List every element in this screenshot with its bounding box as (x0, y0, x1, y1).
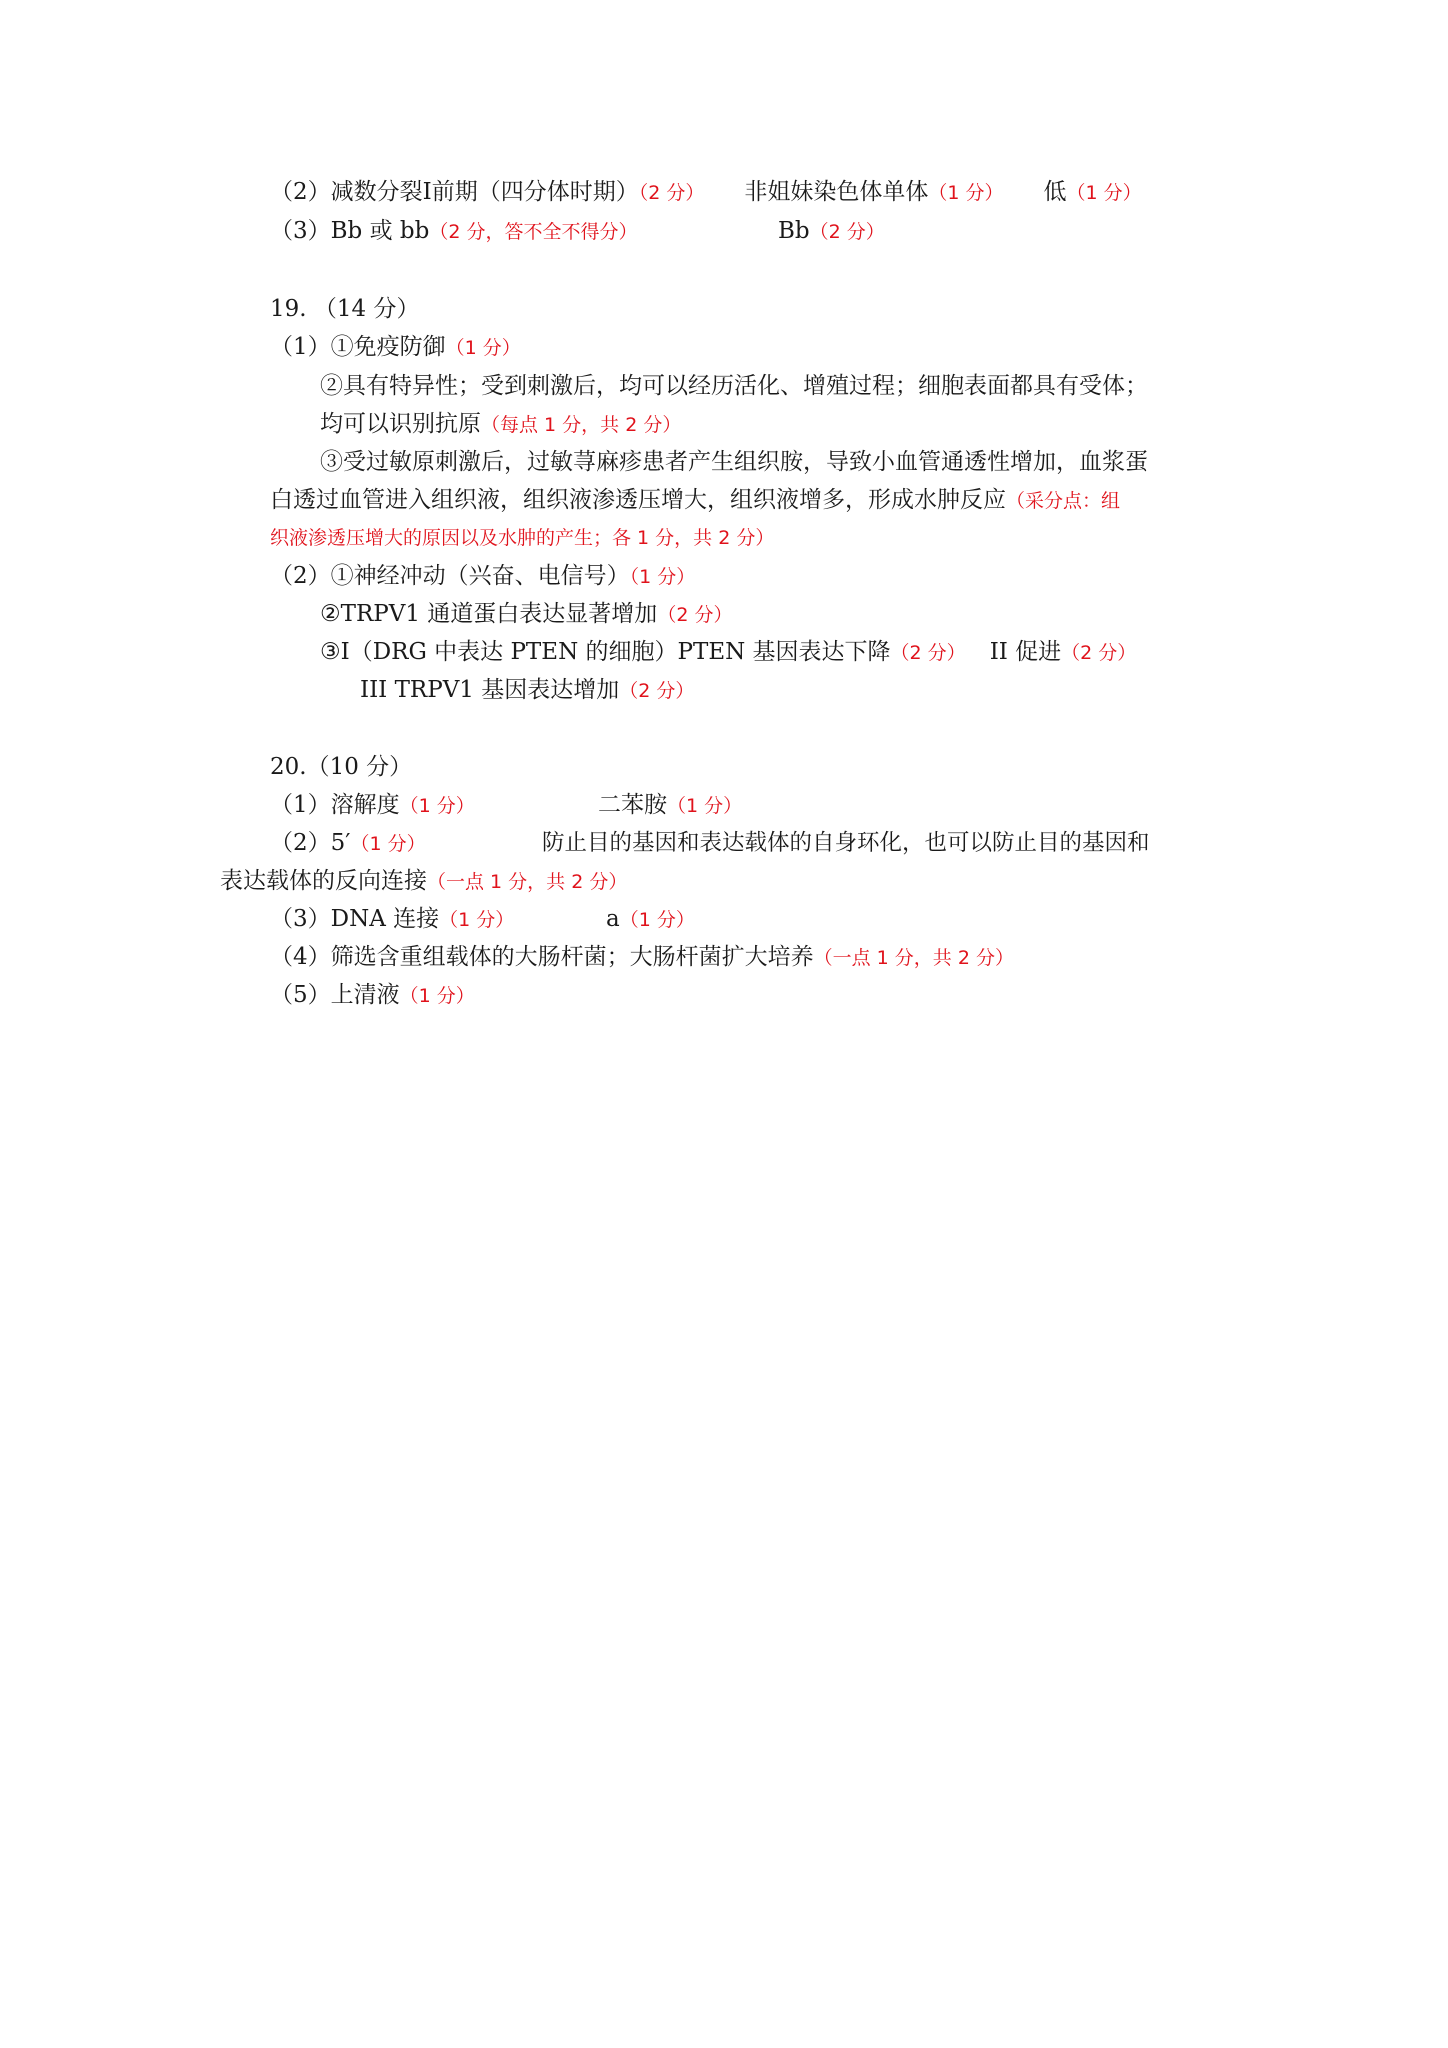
score: （2 分） (1061, 642, 1136, 664)
score: （2 分，答不全不得分） (429, 221, 637, 243)
answer: 5′ (331, 830, 351, 856)
q18-part3: （3）Bb 或 bb（2 分，答不全不得分） (270, 216, 637, 247)
q19-part2-item1: （2）①神经冲动（兴奋、电信号）（1 分） (270, 561, 695, 592)
q20-part2: （2）5′（1 分） (270, 828, 426, 859)
score: （1 分） (400, 985, 475, 1007)
score: （2 分） (619, 680, 694, 702)
q18-part2: （2）减数分裂Ⅰ前期（四分体时期）（2 分）非姐妹染色体单体（1 分）低（1 分… (270, 177, 1142, 208)
q19-part2-item3: ③I（DRG 中表达 PTEN 的细胞）PTEN 基因表达下降（2 分）II 促… (320, 637, 1136, 668)
q20-part3-answer2: a（1 分） (606, 904, 695, 935)
answer: 非姐妹染色体单体 (744, 179, 928, 205)
answer: 均可以识别抗原 (320, 411, 481, 437)
score: （1 分） (1067, 182, 1142, 204)
answer: 减数分裂Ⅰ前期（四分体时期） (331, 179, 639, 205)
part-label: （2） (270, 830, 331, 856)
q19-part1-item3-line1: ③受过敏原刺激后，过敏荨麻疹患者产生组织胺，导致小血管通透性增加，血浆蛋 (320, 447, 1148, 477)
q18-part3-answer2: Bb（2 分） (778, 216, 885, 247)
score: （1 分） (667, 795, 742, 817)
answer: DNA 连接 (331, 906, 440, 932)
part-label: （2） (270, 563, 331, 589)
score: （2 分） (810, 221, 885, 243)
answer: III TRPV1 基因表达增加 (360, 677, 619, 703)
q20-part2-answer2-line1: 防止目的基因和表达载体的自身环化，也可以防止目的基因和 (542, 828, 1150, 858)
part-label: （1） (270, 334, 331, 360)
q19-part1-item3-score: 织液渗透压增大的原因以及水肿的产生；各 1 分，共 2 分） (270, 523, 774, 553)
answer: 溶解度 (331, 792, 400, 818)
score: （1 分） (439, 909, 514, 931)
score: （1 分） (351, 833, 426, 855)
score: （1 分） (400, 795, 475, 817)
score: （1 分） (630, 566, 696, 588)
answer: 白透过血管进入组织液，组织液渗透压增大，组织液增多，形成水肿反应 (270, 487, 1006, 513)
part-label: （2） (270, 179, 331, 205)
answer: 上清液 (331, 982, 400, 1008)
q19-part1-item3-line2: 白透过血管进入组织液，组织液渗透压增大，组织液增多，形成水肿反应（采分点：组 (270, 485, 1120, 516)
answer: 低 (1044, 179, 1067, 205)
answer: 二苯胺 (598, 792, 667, 818)
answer: Bb (778, 218, 810, 244)
score: （1 分） (620, 909, 695, 931)
q20-part4: （4）筛选含重组载体的大肠杆菌；大肠杆菌扩大培养（一点 1 分，共 2 分） (270, 942, 1014, 973)
score: （1 分） (928, 182, 1003, 204)
answer: ②TRPV1 通道蛋白表达显著增加 (320, 601, 657, 627)
q19-part1-item2-line1: ②具有特异性；受到刺激后，均可以经历活化、增殖过程；细胞表面都具有受体； (320, 371, 1148, 401)
score: （一点 1 分，共 2 分） (814, 947, 1014, 969)
q20-part3: （3）DNA 连接（1 分） (270, 904, 514, 935)
q20-part1-answer2: 二苯胺（1 分） (598, 790, 742, 821)
part-label: （5） (270, 982, 331, 1008)
answer: 筛选含重组载体的大肠杆菌；大肠杆菌扩大培养 (331, 944, 814, 970)
answer: Bb 或 bb (331, 218, 430, 244)
score: （采分点：组 (1006, 490, 1120, 512)
part-label: （3） (270, 906, 331, 932)
answer: a (606, 906, 620, 932)
score: （1 分） (446, 337, 521, 359)
q20-part2-answer2-line2: 表达载体的反向连接（一点 1 分，共 2 分） (220, 866, 627, 897)
answer: ①神经冲动（兴奋、电信号） (331, 563, 630, 589)
score: （每点 1 分，共 2 分） (481, 414, 681, 436)
q20-title: 20.（10 分） (270, 752, 412, 782)
part-label: （3） (270, 218, 331, 244)
score: （2 分） (891, 642, 966, 664)
q19-part2-item2: ②TRPV1 通道蛋白表达显著增加（2 分） (320, 599, 732, 630)
score: （一点 1 分，共 2 分） (427, 871, 627, 893)
part-label: （4） (270, 944, 331, 970)
q19-part1-item2-line2: 均可以识别抗原（每点 1 分，共 2 分） (320, 409, 681, 440)
answer: 表达载体的反向连接 (220, 868, 427, 894)
answer: ③I（DRG 中表达 PTEN 的细胞）PTEN 基因表达下降 (320, 639, 891, 665)
q19-part2-item3-iii: III TRPV1 基因表达增加（2 分） (360, 675, 694, 706)
answer: II 促进 (990, 639, 1061, 665)
q20-part5: （5）上清液（1 分） (270, 980, 475, 1011)
score: （2 分） (657, 604, 732, 626)
q20-part1: （1）溶解度（1 分） (270, 790, 475, 821)
part-label: （1） (270, 792, 331, 818)
score: （2 分） (639, 182, 705, 204)
q19-title: 19. （14 分） (270, 294, 419, 324)
q19-part1-item1: （1）①免疫防御（1 分） (270, 332, 521, 363)
answer: ①免疫防御 (331, 334, 446, 360)
